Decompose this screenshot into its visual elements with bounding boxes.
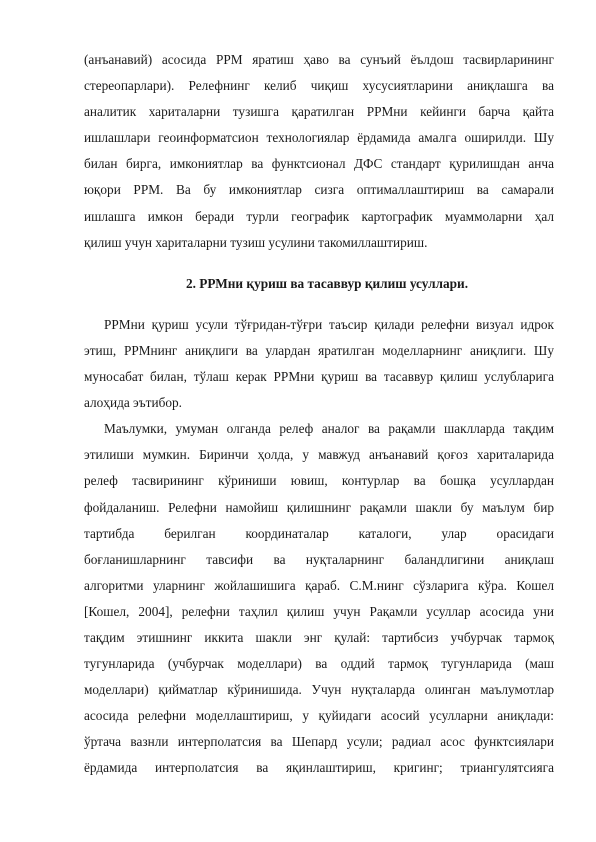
text-line: тугунларида (учбурчак моделлари) ва одди… bbox=[84, 651, 554, 677]
text-line: асосида релефни моделлаштириш, у қуйидаг… bbox=[84, 703, 554, 729]
text-line: РРМни қуриш усули тўғридан-тўғри таъсир … bbox=[84, 312, 554, 338]
text-line: қилиш учун хариталарни тузиш усулини так… bbox=[84, 230, 554, 256]
text-line: моделлари) қийматлар кўринишида. Учун ну… bbox=[84, 677, 554, 703]
text-line: боғланишларнинг тавсифи ва нуқталарнинг … bbox=[84, 547, 554, 573]
section-heading: 2. РРМни қуриш ва тасаввур қилиш усуллар… bbox=[84, 271, 554, 297]
text-line: тартибда берилган координаталар каталоги… bbox=[84, 521, 554, 547]
paragraph-3: Маълумки, умуман олганда релеф аналог ва… bbox=[84, 416, 554, 781]
text-line: этиш, РРМнинг аниқлиги ва улардан яратил… bbox=[84, 338, 554, 364]
paragraph-2: РРМни қуриш усули тўғридан-тўғри таъсир … bbox=[84, 312, 554, 416]
text-line: этилиши мумкин. Биринчи ҳолда, у мавжуд … bbox=[84, 442, 554, 468]
text-line: Маълумки, умуман олганда релеф аналог ва… bbox=[84, 416, 554, 442]
text-line: алгоритми уларнинг жойлашишига қараб. С.… bbox=[84, 573, 554, 599]
text-line: стереопарлари). Релефнинг келиб чиқиш ху… bbox=[84, 73, 554, 99]
text-line: ишлашлари геоинформатсион технологиялар … bbox=[84, 125, 554, 151]
text-line: ишлашга имкон беради турли географик кар… bbox=[84, 204, 554, 230]
document-page: (анъанавий) асосида РРМ яратиш ҳаво ва с… bbox=[84, 47, 554, 782]
text-line: аналитик хариталарни тузишга қаратилган … bbox=[84, 99, 554, 125]
text-line: юқори РРМ. Ва бу имкониятлар сизга оптим… bbox=[84, 177, 554, 203]
paragraph-1: (анъанавий) асосида РРМ яратиш ҳаво ва с… bbox=[84, 47, 554, 256]
text-line: фойдаланиш. Релефни намойиш қилишнинг ра… bbox=[84, 495, 554, 521]
text-line: (анъанавий) асосида РРМ яратиш ҳаво ва с… bbox=[84, 47, 554, 73]
text-line: релеф тасвирининг кўриниши ювиш, контурл… bbox=[84, 468, 554, 494]
text-line: алоҳида эътибор. bbox=[84, 390, 554, 416]
text-line: ўртача вазнли интерполатсия ва Шепард ус… bbox=[84, 729, 554, 755]
text-line: билан бирга, имкониятлар ва функтсионал … bbox=[84, 151, 554, 177]
text-line: [Кошел, 2004], релефни таҳлил қилиш учун… bbox=[84, 599, 554, 625]
text-line: ёрдамида интерполатсия ва яқинлаштириш, … bbox=[84, 755, 554, 781]
text-line: тақдим этишнинг иккита шакли энг қулай: … bbox=[84, 625, 554, 651]
text-line: муносабат билан, тўлаш керак РРМни қуриш… bbox=[84, 364, 554, 390]
